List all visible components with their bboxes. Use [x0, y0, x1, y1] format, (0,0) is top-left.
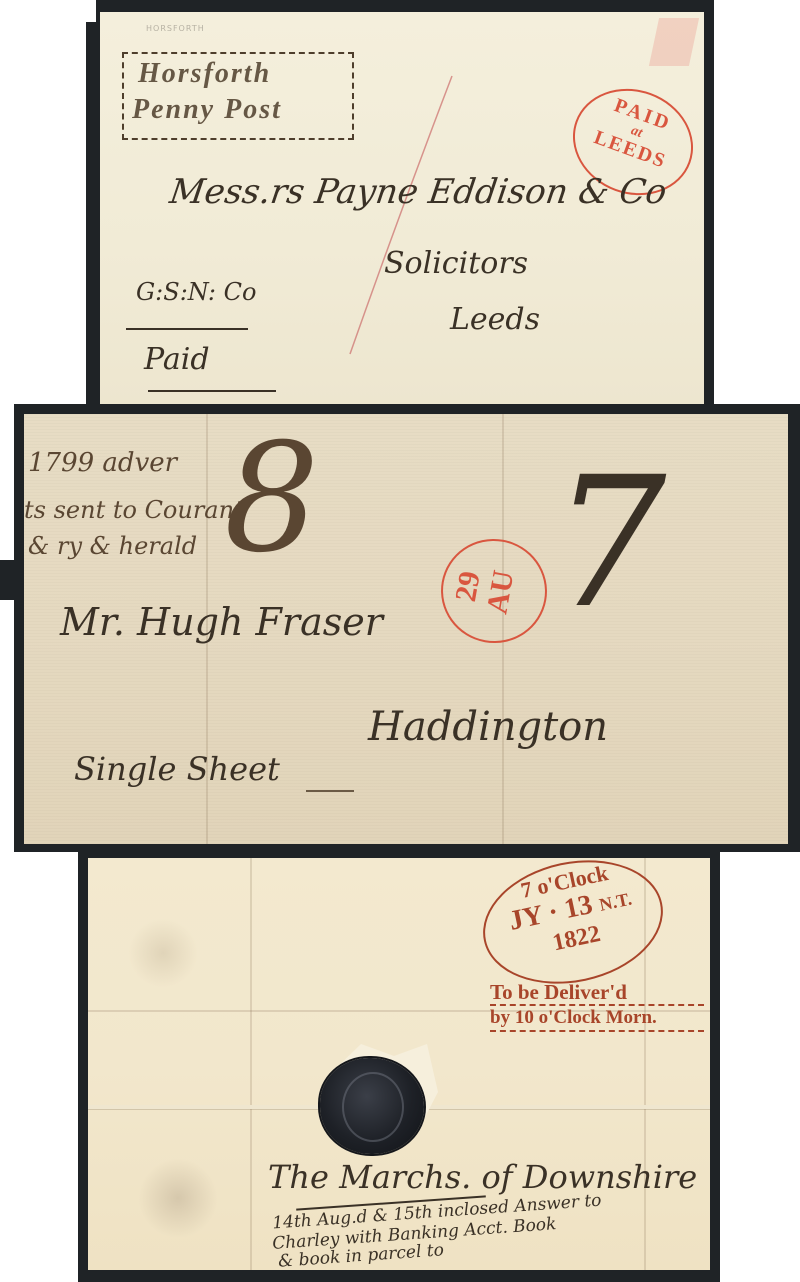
rate-mark-left: 8: [224, 424, 319, 574]
cover-2-paper: 1799 adver ts sent to Courant & ry & her…: [24, 414, 788, 844]
delivery-stamp-line2: by 10 o'Clock Morn.: [490, 1006, 704, 1030]
to-be-delivered-stamp: To be Deliver'd by 10 o'Clock Morn.: [490, 980, 704, 1032]
left-note-underline: [148, 390, 276, 392]
note-dash: [306, 790, 354, 792]
docket-line2: ts sent to Courant: [24, 496, 244, 524]
cover-3-paper: 7 o'Clock JY · 13 N.T. 1822 To be Delive…: [88, 858, 710, 1270]
docket-line1: 1799 adver: [28, 448, 177, 478]
cover-1-paper: HORSFORTH Horsforth Penny Post PAID at L…: [100, 12, 704, 404]
seal-crest-ring: [342, 1072, 404, 1142]
fold-line: [250, 858, 252, 1270]
docket-line3: & ry & herald: [28, 532, 197, 560]
rate-mark-right: 7: [552, 454, 667, 634]
left-note-rule: [126, 328, 248, 330]
left-note-line1: G:S:N: Co: [136, 278, 256, 306]
wax-seal: [320, 1058, 424, 1154]
foxing-spot: [128, 918, 198, 988]
clock-stamp-suffix: N.T.: [597, 889, 633, 915]
address-line2: Solicitors: [384, 246, 528, 281]
address-line3: Leeds: [450, 302, 540, 337]
note-single-sheet: Single Sheet: [74, 750, 280, 788]
address-line1: Mr. Hugh Fraser: [60, 600, 383, 644]
delivery-stamp-line1: To be Deliver'd: [490, 980, 704, 1006]
address-line2: Haddington: [368, 704, 608, 750]
bishop-mark-date-stamp: 29 AU: [433, 531, 555, 652]
address-line1: Mess.rs Payne Eddison & Co: [167, 172, 669, 212]
address-line1: The Marchs. of Downshire: [268, 1158, 697, 1196]
foxing-spot: [138, 1158, 218, 1238]
left-note-line2: Paid: [144, 342, 210, 377]
